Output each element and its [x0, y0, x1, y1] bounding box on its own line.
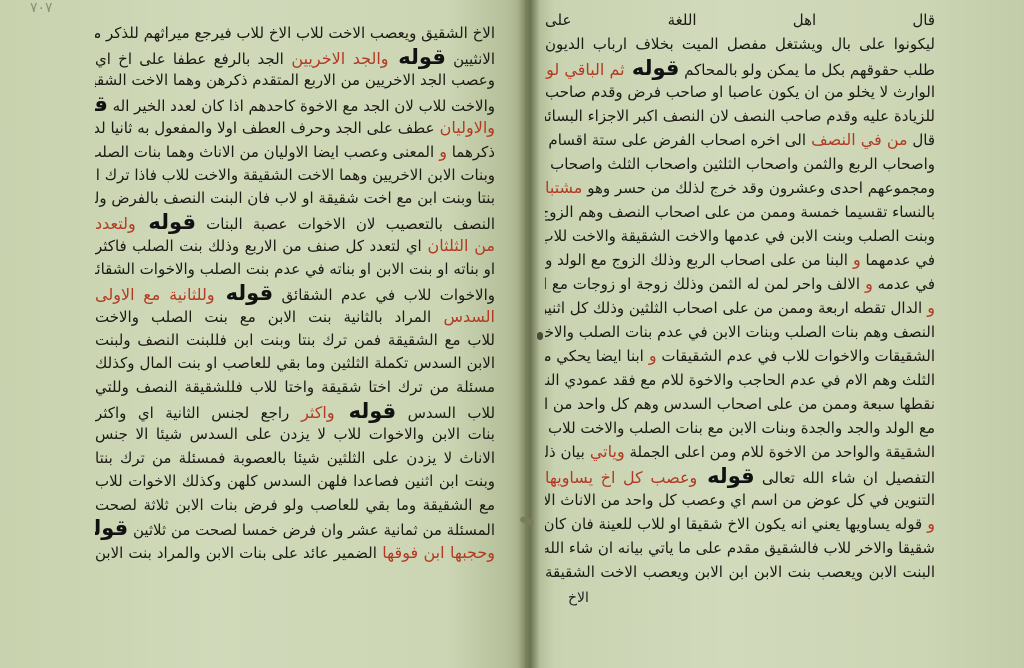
- body-text: وبنت الصلب وبنت الابن في عدمها والاخت ال…: [545, 227, 935, 245]
- catchword: الاخ: [568, 590, 589, 606]
- body-text: النصف وهم بنات الصلب وبنات الابن في عدم …: [545, 323, 935, 341]
- body-text: في عدمهما: [861, 251, 935, 269]
- manuscript-line: النصف وهم بنات الصلب وبنات الابن في عدم …: [545, 320, 935, 344]
- body-text: اي لتعدد كل صنف من الاربع وذلك بنت الصلب…: [95, 237, 422, 255]
- manuscript-line: وبنت الصلب وبنت الابن في عدمها والاخت ال…: [545, 224, 935, 248]
- qawluhu-heading: قوله: [95, 517, 128, 540]
- rubric-text: مشتبا: [545, 178, 582, 197]
- manuscript-line: مسئلة من ترك اختا شقيقة واختا للاب فللشق…: [95, 376, 495, 400]
- manuscript-line: المسئلة من ثمانية عشر وان فرض خمسا لصحت …: [95, 517, 495, 541]
- qawluhu-heading: قوله: [625, 56, 680, 80]
- manuscript-line: طلب حقوقهم بكل ما يمكن ولو بالمحاكم قوله…: [545, 56, 935, 80]
- rubric-text: و: [922, 514, 935, 533]
- manuscript-line: النصف بالتعصيب لان الاخوات عصبة البنات ق…: [95, 211, 495, 235]
- body-text: للاب السدس: [396, 404, 495, 422]
- body-text: التنوين في كل عوض من اسم اي وعصب كل واحد…: [545, 491, 935, 509]
- body-text: وبنات الابن الاخريين وهما الاخت الشقيقة …: [95, 166, 495, 184]
- rubric-text: و: [848, 250, 861, 269]
- manuscript-line: مع الشقيقة وما بقي للعاصب ولو فرض بنات ا…: [95, 494, 495, 518]
- body-text: من ترك بنتا: [95, 449, 171, 467]
- body-text: قال: [908, 131, 935, 149]
- body-text: الاناث لا يزدن على الثلثين شيئا بالعصوبة: [225, 449, 495, 467]
- manuscript-line: الاخ الشقيق ويعصب الاخت للاب الاخ للاب ف…: [95, 22, 495, 46]
- body-text: الشقيقات والاخوات للاب في عدم الشقيقات: [657, 347, 935, 365]
- manuscript-line: قال اهل اللغة على: [545, 8, 935, 32]
- manuscript-line: واصحاب الربع والثمن واصحاب الثلثين واصحا…: [545, 152, 935, 176]
- body-text: فمسئلة: [171, 449, 225, 467]
- manuscript-line: وحجبها ابن فوقها الضمير عائد على بنات ال…: [95, 541, 495, 565]
- right-page-text-block: قال اهل اللغة على ليكونوا على بال ويشتغل…: [545, 8, 935, 584]
- manuscript-line: البنت الابن ويعصب بنت الابن ابن الابن وي…: [545, 560, 935, 584]
- rubric-text: والجد الاخريين: [284, 49, 389, 68]
- rubric-text: السدس: [431, 307, 495, 326]
- rubric-text: ثم الباقي لوارثه: [545, 60, 625, 79]
- manuscript-line: من الثلثان اي لتعدد كل صنف من الاربع وذل…: [95, 234, 495, 258]
- qawluhu-heading: قوله: [95, 93, 108, 116]
- body-text: الجد بالرفع عطفا على اخ اي: [95, 50, 284, 68]
- manuscript-line: بنات الابن والاخوات للاب لا يزدن على الس…: [95, 423, 495, 447]
- body-text: في عدمه: [873, 275, 935, 293]
- rubric-text: من الثلثان: [422, 236, 495, 255]
- left-page: ٧٠٧ الاخ الشقيق ويعصب الاخت للاب الاخ لل…: [0, 0, 525, 668]
- manuscript-line: مع الولد والجد والجدة وبنات الابن مع بنا…: [545, 416, 935, 440]
- manuscript-line: الوارث لا يخلو من ان يكون عاصبا او صاحب …: [545, 80, 935, 104]
- body-text: عطف على الجد وحرف العطف اولا والمفعول به…: [95, 119, 435, 137]
- manuscript-line: الابن السدس تكملة الثلثين وما بقي للعاصب…: [95, 352, 495, 376]
- manuscript-line: وبنت ابن اثنين فصاعدا فلهن السدس كلهن وك…: [95, 470, 495, 494]
- manuscript-line: قال من في النصف الى اخره اصحاب الفرض على…: [545, 128, 935, 152]
- body-text: البنا من على اصحاب الربع وذلك الزوج مع ا…: [545, 251, 848, 269]
- body-text: قال اهل اللغة على: [545, 11, 935, 29]
- rubric-text: و: [644, 346, 657, 365]
- manuscript-line: وبنات الابن الاخريين وهما الاخت الشقيقة …: [95, 164, 495, 188]
- qawluhu-heading: قوله: [215, 282, 274, 305]
- rubric-text: وللثانية مع الاولى: [95, 285, 215, 304]
- body-text: الوارث لا يخلو من ان يكون عاصبا او صاحب …: [545, 83, 935, 101]
- body-text: الى اخره اصحاب الفرض على ستة اقسام: [545, 131, 806, 149]
- manuscript-line: للاب مع الشقيقة فمن ترك بنتا وبنت ابن فل…: [95, 329, 495, 353]
- body-text: النصف بالتعصيب لان الاخوات عصبة البنات: [196, 215, 495, 233]
- rubric-text: و: [434, 142, 447, 161]
- rubric-text: و: [922, 298, 935, 317]
- body-text: المراد بالثانية بنت الابن مع بنت الصلب و…: [95, 308, 431, 326]
- manuscript-line: الاناث لا يزدن على الثلثين شيئا بالعصوبة…: [95, 447, 495, 471]
- body-text: مع الولد والجد والجدة وبنات الابن مع بنا…: [545, 419, 935, 437]
- qawluhu-heading: قوله: [389, 46, 446, 69]
- rubric-text: والاوليان: [435, 118, 495, 137]
- body-text: ومجموعهم احدى وعشرون وقد خرج لذلك من حسر…: [582, 179, 935, 197]
- body-text: راجع لجنس الثانية اي واكثر: [95, 404, 289, 422]
- body-text: ابنا ايضا يحكي من على اصحاب: [545, 347, 644, 365]
- body-text: الالف واحر لمن له الثمن وذلك زوجة او زوج…: [545, 275, 860, 293]
- body-text: الانثيين: [446, 50, 495, 68]
- manuscript-line: و الدال تقطه اربعة وممن من على اصحاب الث…: [545, 296, 935, 320]
- right-page: قال اهل اللغة على ليكونوا على بال ويشتغل…: [525, 0, 1024, 668]
- manuscript-line: والاوليان عطف على الجد وحرف العطف اولا و…: [95, 116, 495, 140]
- rubric-text: و: [860, 274, 873, 293]
- body-text: الضمير عائد على بنات الابن والمراد بنت ا…: [95, 544, 377, 562]
- manuscript-line: نقطها سبعة وممن من على اصحاب السدس وهم ك…: [545, 392, 935, 416]
- rubric-text: وياتي: [585, 442, 625, 461]
- manuscript-line: ومجموعهم احدى وعشرون وقد خرج لذلك من حسر…: [545, 176, 935, 200]
- body-text: قوله يساويها يعني انه يكون الاخ شقيقا او…: [545, 515, 922, 533]
- manuscript-line: ذكرهما و المعنى وعصب ايضا الاوليان من ال…: [95, 140, 495, 164]
- manuscript-line: للزيادة عليه وقدم صاحب النصف لان النصف ا…: [545, 104, 935, 128]
- body-text: والاخوات للاب في عدم الشقائق: [273, 286, 495, 304]
- manuscript-line: وعصب الجد الاخريين من الاربع المتقدم ذكر…: [95, 69, 495, 93]
- body-text: او بناته او بنت الابن او بناته في عدم بن…: [95, 260, 495, 278]
- body-text: شقيقا والاخر للاب فالشقيق مقدم على ما يا…: [545, 539, 935, 557]
- manuscript-spread: ٧٠٧ الاخ الشقيق ويعصب الاخت للاب الاخ لل…: [0, 0, 1024, 668]
- rubric-text: من في النصف: [806, 130, 908, 149]
- body-text: بالنساء تقسيما خمسة وممن من على اصحاب ال…: [545, 203, 935, 221]
- body-text: بيان ذلك على: [545, 443, 585, 461]
- body-text: والاخت للاب لان الجد مع الاخوة كاحدهم اذ…: [108, 97, 495, 115]
- manuscript-line: الانثيين قوله والجد الاخريين الجد بالرفع…: [95, 46, 495, 70]
- rubric-text: ولتعدد: [95, 214, 136, 233]
- rubric-text: واكثر: [289, 403, 334, 422]
- body-text: الشقيقة والواحد من الاخوة للام ومن اعلى …: [625, 443, 935, 461]
- body-text: ليكونوا على بال ويشتغل مفصل الميت بخلاف …: [545, 35, 935, 53]
- manuscript-line: و قوله يساويها يعني انه يكون الاخ شقيقا …: [545, 512, 935, 536]
- body-text: بنتا وبنت ابن مع اخت شقيقة او لاب فان ال…: [95, 189, 495, 207]
- binding-thread-knot: [537, 332, 543, 340]
- manuscript-line: التفصيل ان شاء الله تعالى قوله وعصب كل ا…: [545, 464, 935, 488]
- qawluhu-heading: قوله: [697, 464, 754, 488]
- body-text: واصحاب الربع والثمن واصحاب الثلثين واصحا…: [545, 155, 935, 173]
- qawluhu-heading: قوله: [335, 400, 397, 423]
- manuscript-line: شقيقا والاخر للاب فالشقيق مقدم على ما يا…: [545, 536, 935, 560]
- manuscript-line: في عدمه و الالف واحر لمن له الثمن وذلك ز…: [545, 272, 935, 296]
- folio-number: ٧٠٧: [30, 0, 53, 16]
- body-text: المعنى وعصب ايضا الاوليان من الاناث وهما…: [95, 143, 434, 161]
- manuscript-line: والاخوات للاب في عدم الشقائق قوله وللثان…: [95, 282, 495, 306]
- manuscript-line: بالنساء تقسيما خمسة وممن من على اصحاب ال…: [545, 200, 935, 224]
- manuscript-line: التنوين في كل عوض من اسم اي وعصب كل واحد…: [545, 488, 935, 512]
- body-text: الابن السدس تكملة الثلثين وما بقي للعاصب…: [95, 354, 495, 372]
- manuscript-line: ليكونوا على بال ويشتغل مفصل الميت بخلاف …: [545, 32, 935, 56]
- body-text: للاب مع الشقيقة فمن ترك بنتا وبنت ابن فل…: [95, 331, 495, 349]
- manuscript-line: الثلث وهم الام في عدم الحاجب والاخوة للا…: [545, 368, 935, 392]
- body-text: مع الشقيقة وما بقي للعاصب ولو فرض بنات ا…: [95, 496, 495, 514]
- manuscript-line: بنتا وبنت ابن مع اخت شقيقة او لاب فان ال…: [95, 187, 495, 211]
- body-text: الدال تقطه اربعة وممن من على اصحاب الثلث…: [545, 299, 922, 317]
- manuscript-line: الشقيقات والاخوات للاب في عدم الشقيقات و…: [545, 344, 935, 368]
- body-text: وعصب الجد الاخريين من الاربع المتقدم ذكر…: [95, 71, 495, 89]
- body-text: التفصيل ان شاء الله تعالى: [755, 469, 935, 487]
- manuscript-line: الشقيقة والواحد من الاخوة للام ومن اعلى …: [545, 440, 935, 464]
- manuscript-line: السدس المراد بالثانية بنت الابن مع بنت ا…: [95, 305, 495, 329]
- qawluhu-heading: قوله: [136, 211, 196, 234]
- left-page-text-block: الاخ الشقيق ويعصب الاخت للاب الاخ للاب ف…: [95, 22, 495, 565]
- body-text: للزيادة عليه وقدم صاحب النصف لان النصف ا…: [545, 107, 935, 125]
- body-text: الاخ الشقيق ويعصب الاخت للاب الاخ للاب ف…: [95, 24, 495, 42]
- manuscript-line: والاخت للاب لان الجد مع الاخوة كاحدهم اذ…: [95, 93, 495, 117]
- body-text: الثلث وهم الام في عدم الحاجب والاخوة للا…: [545, 371, 935, 389]
- rubric-text: وحجبها ابن فوقها: [377, 543, 495, 562]
- body-text: وبنت ابن اثنين فصاعدا فلهن السدس كلهن وك…: [95, 472, 495, 490]
- manuscript-line: للاب السدس قوله واكثر راجع لجنس الثانية …: [95, 400, 495, 424]
- body-text: نقطها سبعة وممن من على اصحاب السدس وهم ك…: [545, 395, 935, 413]
- manuscript-line: او بناته او بنت الابن او بناته في عدم بن…: [95, 258, 495, 282]
- manuscript-line: في عدمهما و البنا من على اصحاب الربع وذل…: [545, 248, 935, 272]
- body-text: المسئلة من ثمانية عشر وان فرض خمسا لصحت …: [128, 521, 495, 539]
- rubric-text: وعصب كل اخ يساويها: [545, 468, 697, 487]
- body-text: مسئلة من ترك اختا شقيقة واختا للاب فللشق…: [95, 378, 495, 396]
- body-text: ذكرهما: [447, 143, 495, 161]
- body-text: طلب حقوقهم بكل ما يمكن ولو بالمحاكم: [679, 61, 935, 79]
- body-text: بنات الابن والاخوات للاب لا يزدن على الس…: [95, 425, 495, 443]
- body-text: البنت الابن ويعصب بنت الابن ابن الابن وي…: [545, 563, 935, 581]
